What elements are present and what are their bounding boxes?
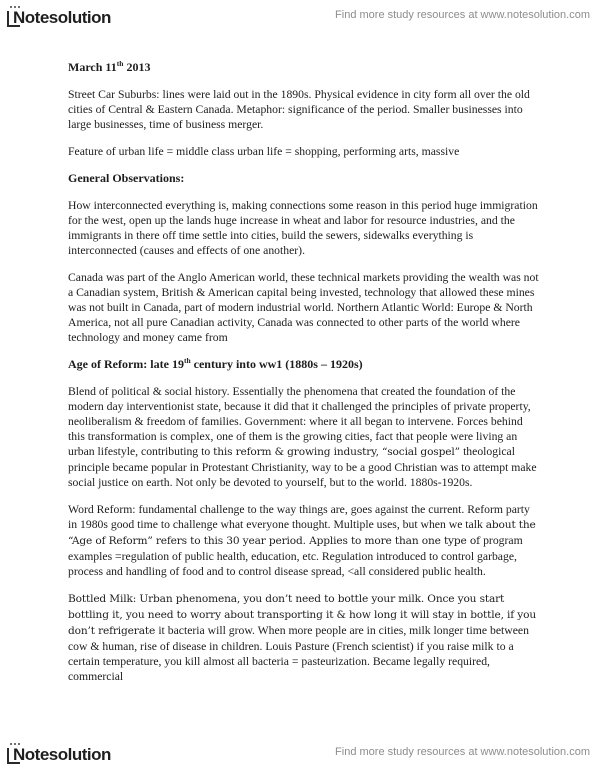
paragraph-anglo-american: Canada was part of the Anglo American wo… xyxy=(68,270,541,345)
notesolution-bracket-icon xyxy=(7,5,22,31)
paragraph-interconnected: How interconnected everything is, making… xyxy=(68,198,541,258)
footer-tagline-link[interactable]: Find more study resources at www.notesol… xyxy=(335,746,592,758)
page-header: Notesolution Find more study resources a… xyxy=(0,0,595,34)
paragraph-urban-life: Feature of urban life = middle class urb… xyxy=(68,144,541,159)
heading-date-year: 2013 xyxy=(123,60,150,74)
heading-date-text: March 11 xyxy=(68,60,117,74)
document-content: March 11th 2013 Street Car Suburbs: line… xyxy=(68,60,541,696)
document-page: Notesolution Find more study resources a… xyxy=(0,0,595,770)
heading-age-of-reform-text: Age of Reform: late 19 xyxy=(68,357,184,371)
heading-date: March 11th 2013 xyxy=(68,60,541,75)
heading-age-of-reform-rest: century into ww1 (1880s – 1920s) xyxy=(191,357,363,371)
paragraph-bottled-milk: Bottled Milk: Urban phenomena, you don’t… xyxy=(68,591,541,684)
logo-text: Notesolution xyxy=(13,8,111,27)
word-reform-segment-1: Word Reform: fundamental challenge to th… xyxy=(68,503,530,531)
notesolution-logo[interactable]: Notesolution xyxy=(7,5,111,31)
heading-general-observations: General Observations: xyxy=(68,171,541,186)
paragraph-blend-of-history: Blend of political & social history. Ess… xyxy=(68,384,541,490)
logo-text: Notesolution xyxy=(13,745,111,764)
notesolution-bracket-icon xyxy=(7,742,22,768)
heading-age-of-reform: Age of Reform: late 19th century into ww… xyxy=(68,357,541,372)
notesolution-logo-footer[interactable]: Notesolution xyxy=(7,742,111,768)
header-tagline-link[interactable]: Find more study resources at www.notesol… xyxy=(335,9,592,21)
paragraph-word-reform: Word Reform: fundamental challenge to th… xyxy=(68,502,541,579)
paragraph-street-car-suburbs: Street Car Suburbs: lines were laid out … xyxy=(68,87,541,132)
heading-age-of-reform-ordinal: th xyxy=(184,356,191,365)
page-footer: Notesolution Find more study resources a… xyxy=(0,738,595,770)
blend-segment-social-gospel: this reform & growing industry, “social … xyxy=(213,446,463,458)
